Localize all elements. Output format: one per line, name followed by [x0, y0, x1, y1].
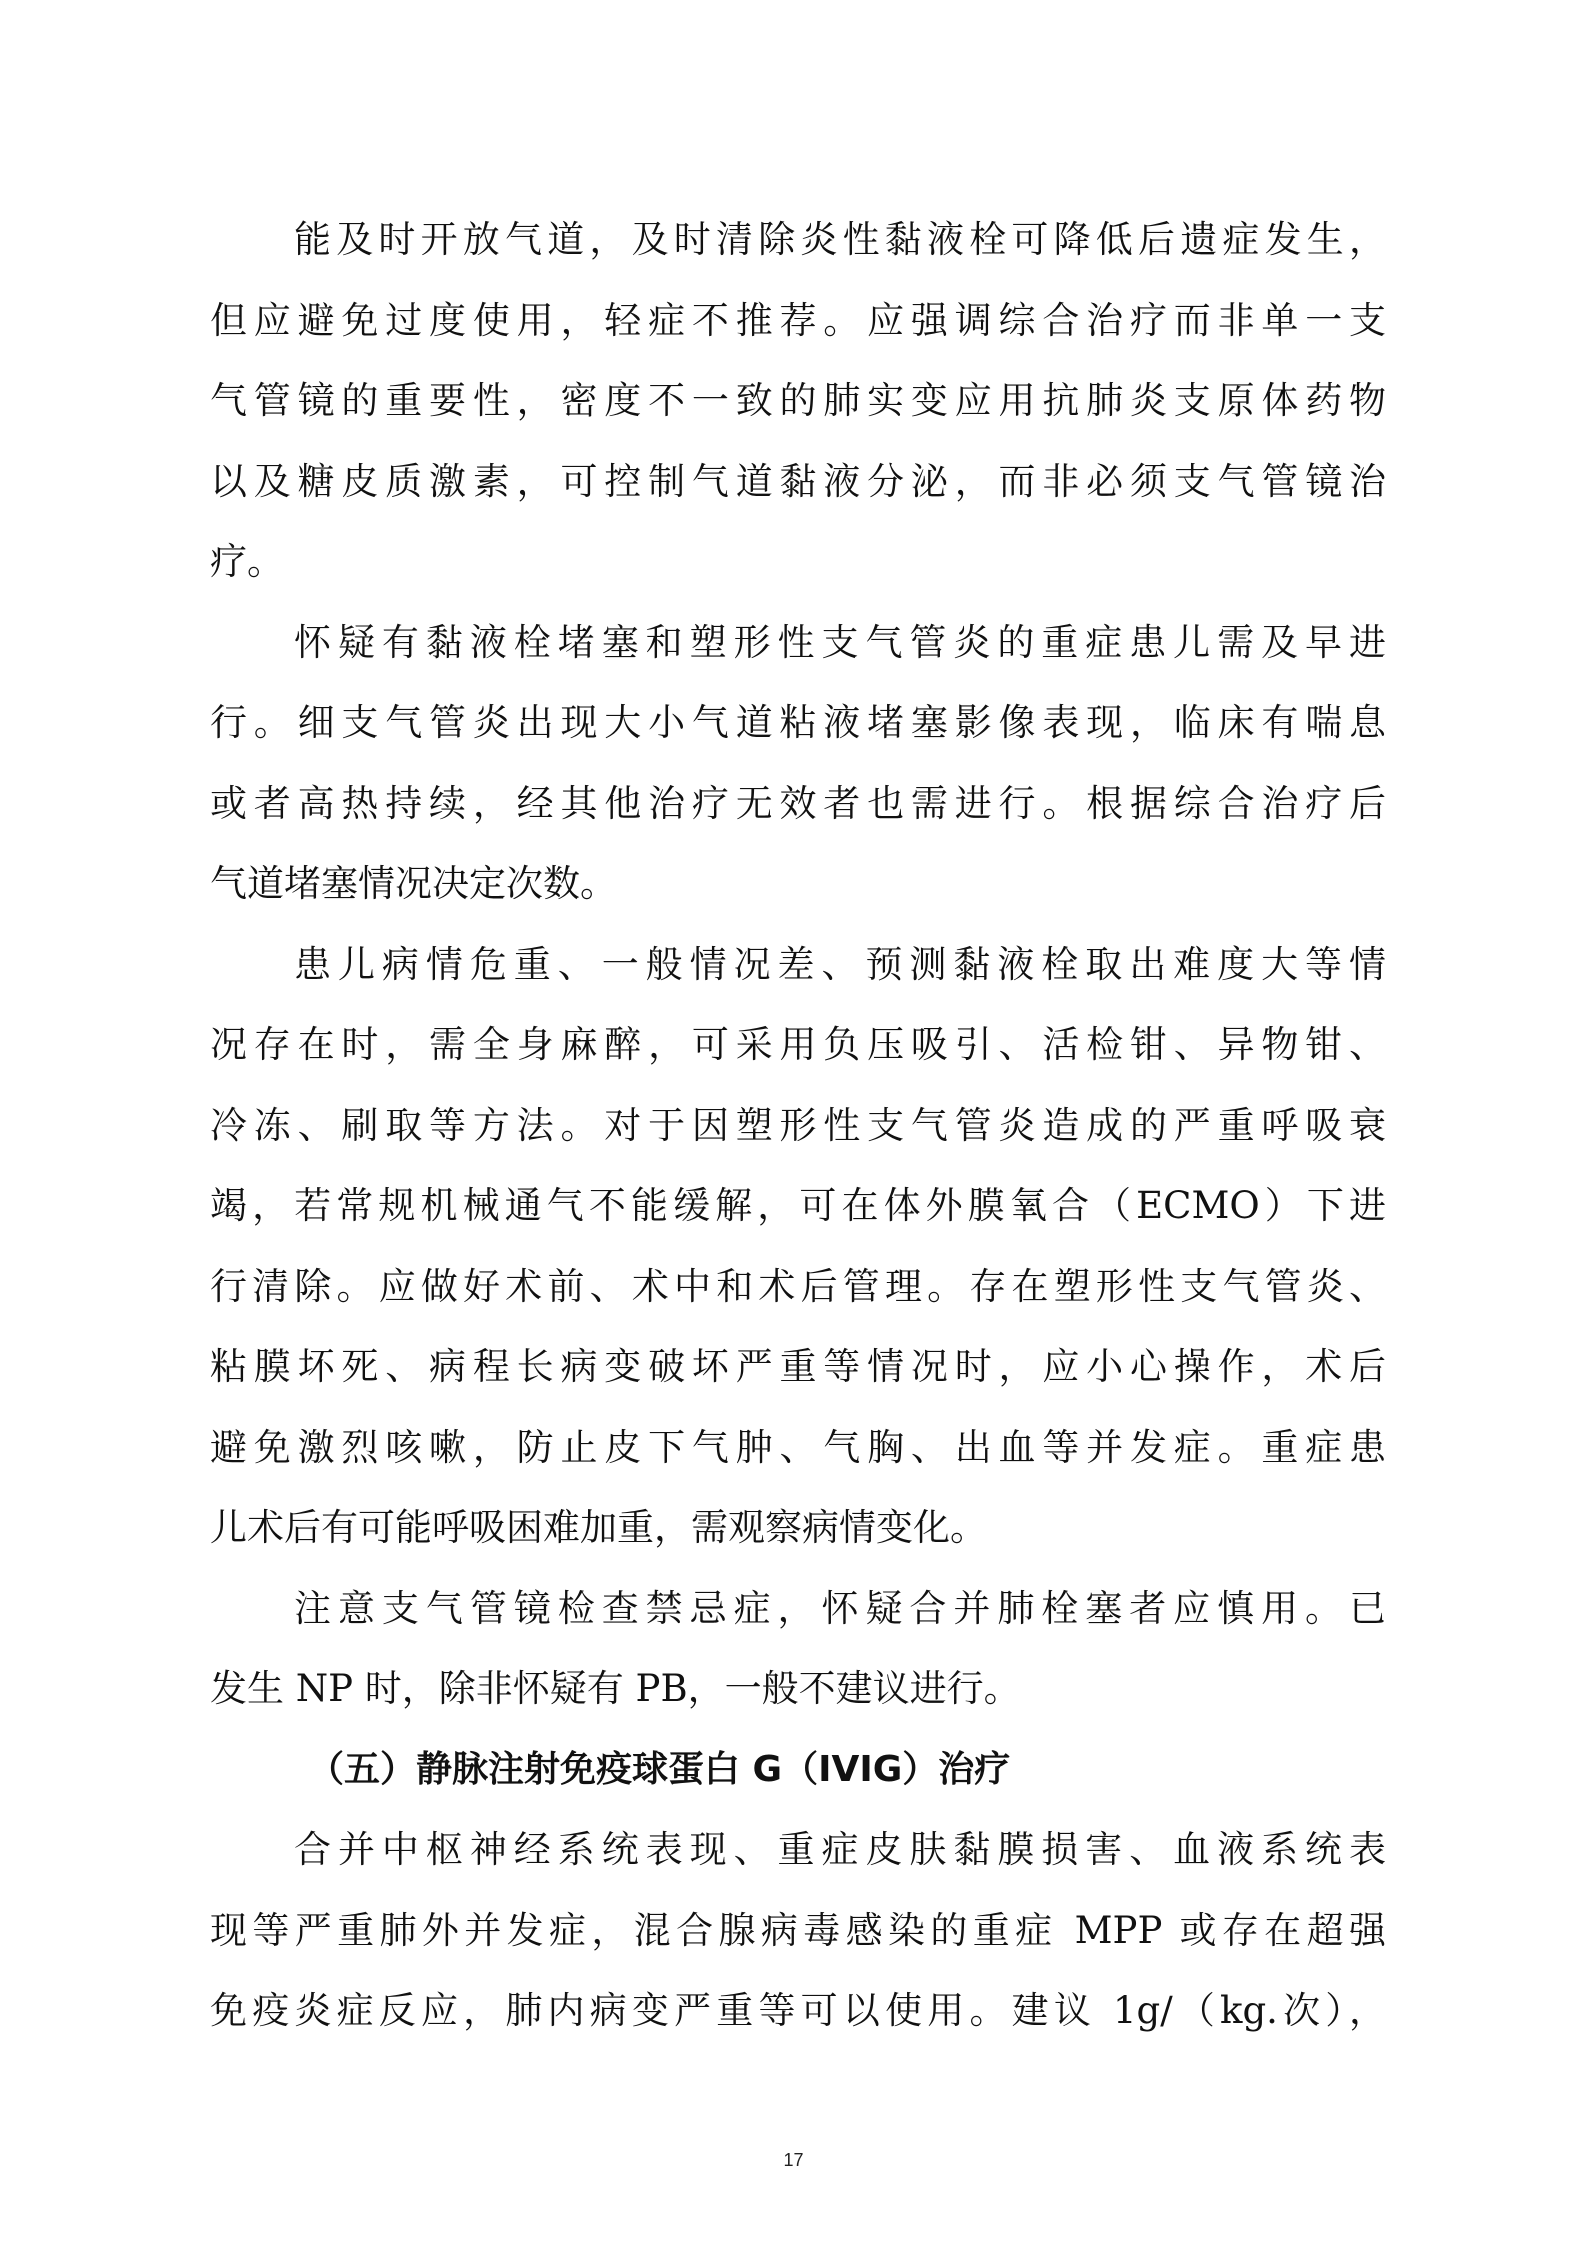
text-line: 气管镜的重要性，密度不一致的肺实变应用抗肺炎支原体药物 — [210, 361, 1386, 442]
text-line: 注意支气管镜检查禁忌症，怀疑合并肺栓塞者应慎用。已 — [210, 1569, 1386, 1650]
text-line: 竭，若常规机械通气不能缓解，可在体外膜氧合（ECMO）下进 — [210, 1166, 1386, 1247]
text-line: 况存在时，需全身麻醉，可采用负压吸引、活检钳、异物钳、 — [210, 1005, 1386, 1086]
text-line: 行清除。应做好术前、术中和术后管理。存在塑形性支气管炎、 — [210, 1247, 1386, 1328]
text-line: 冷冻、刷取等方法。对于因塑形性支气管炎造成的严重呼吸衰 — [210, 1086, 1386, 1167]
paragraph-3: 患儿病情危重、一般情况差、预测黏液栓取出难度大等情 况存在时，需全身麻醉，可采用… — [210, 925, 1386, 1569]
text-line: 或者高热持续，经其他治疗无效者也需进行。根据综合治疗后 — [210, 764, 1386, 845]
text-line: 行。细支气管炎出现大小气道粘液堵塞影像表现，临床有喘息 — [210, 683, 1386, 764]
text-line: 气道堵塞情况决定次数。 — [210, 844, 1386, 925]
text-line: 粘膜坏死、病程长病变破坏严重等情况时，应小心操作，术后 — [210, 1327, 1386, 1408]
text-line: 合并中枢神经系统表现、重症皮肤黏膜损害、血液系统表 — [210, 1810, 1386, 1891]
text-line: 儿术后有可能呼吸困难加重，需观察病情变化。 — [210, 1488, 1386, 1569]
document-page: 能及时开放气道，及时清除炎性黏液栓可降低后遗症发生， 但应避免过度使用，轻症不推… — [0, 0, 1587, 2245]
text-line: 以及糖皮质激素，可控制气道黏液分泌，而非必须支气管镜治 — [210, 442, 1386, 523]
page-body: 能及时开放气道，及时清除炎性黏液栓可降低后遗症发生， 但应避免过度使用，轻症不推… — [210, 200, 1386, 2052]
text-line: 但应避免过度使用，轻症不推荐。应强调综合治疗而非单一支 — [210, 281, 1386, 362]
section-heading: （五）静脉注射免疫球蛋白 G（IVIG）治疗 — [210, 1730, 1386, 1811]
text-line: 发生 NP 时，除非怀疑有 PB，一般不建议进行。 — [210, 1649, 1386, 1730]
text-line: 免疫炎症反应，肺内病变严重等可以使用。建议 1g/（kg.次）， — [210, 1971, 1386, 2052]
text-line: 疗。 — [210, 522, 1386, 603]
page-number: 17 — [0, 2150, 1587, 2171]
text-line: 怀疑有黏液栓堵塞和塑形性支气管炎的重症患儿需及早进 — [210, 603, 1386, 684]
paragraph-1: 能及时开放气道，及时清除炎性黏液栓可降低后遗症发生， 但应避免过度使用，轻症不推… — [210, 200, 1386, 603]
text-line: 患儿病情危重、一般情况差、预测黏液栓取出难度大等情 — [210, 925, 1386, 1006]
paragraph-5: 合并中枢神经系统表现、重症皮肤黏膜损害、血液系统表 现等严重肺外并发症，混合腺病… — [210, 1810, 1386, 2052]
paragraph-4: 注意支气管镜检查禁忌症，怀疑合并肺栓塞者应慎用。已 发生 NP 时，除非怀疑有 … — [210, 1569, 1386, 1730]
paragraph-2: 怀疑有黏液栓堵塞和塑形性支气管炎的重症患儿需及早进 行。细支气管炎出现大小气道粘… — [210, 603, 1386, 925]
text-line: 避免激烈咳嗽，防止皮下气肿、气胸、出血等并发症。重症患 — [210, 1408, 1386, 1489]
text-line: 现等严重肺外并发症，混合腺病毒感染的重症 MPP 或存在超强 — [210, 1891, 1386, 1972]
text-line: 能及时开放气道，及时清除炎性黏液栓可降低后遗症发生， — [210, 200, 1386, 281]
